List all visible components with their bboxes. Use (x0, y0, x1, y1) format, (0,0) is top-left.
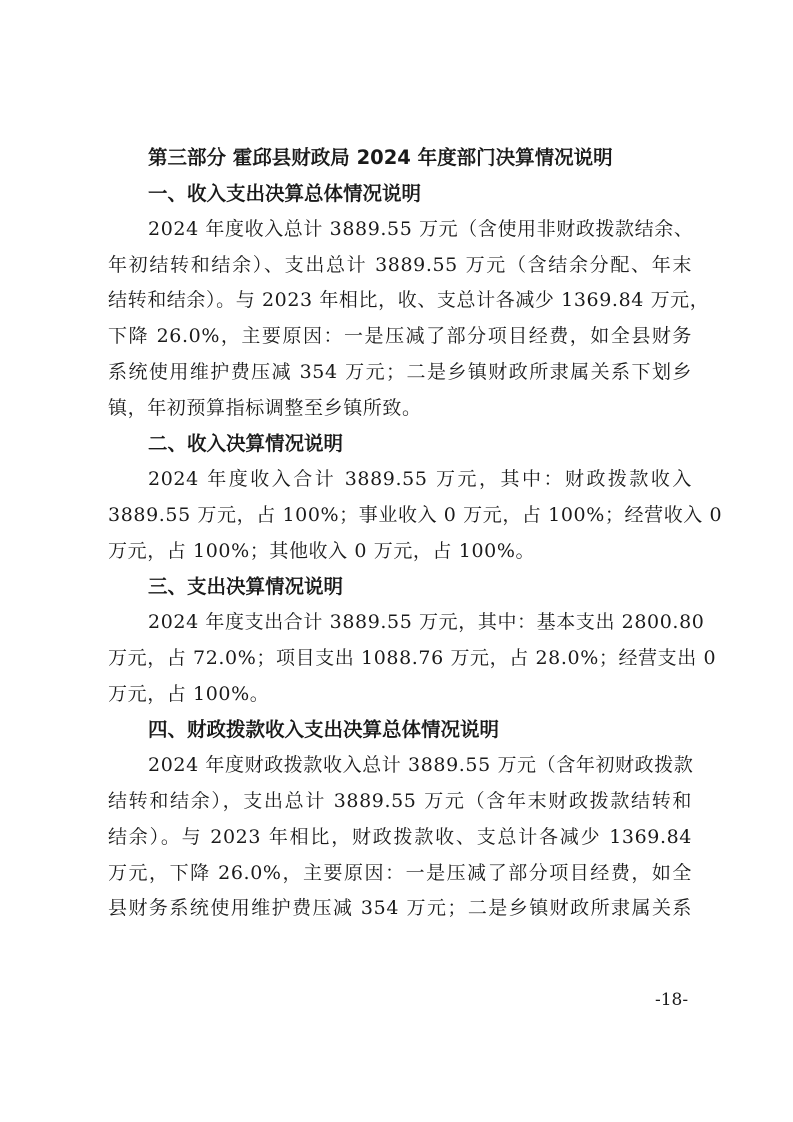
paragraph-line: 2024 年度收入合计 3889.55 万元，其中：财政拨款收入 (108, 462, 692, 498)
section-expenditure: 三、支出决算情况说明 2024 年度支出合计 3889.55 万元，其中：基本支… (108, 569, 692, 712)
paragraph-line: 镇，年初预算指标调整至乡镇所致。 (108, 391, 692, 427)
paragraph-line: 结余）。与 2023 年相比，财政拨款收、支总计各减少 1369.84 (108, 820, 692, 856)
page-number: -18- (655, 990, 688, 1010)
section-paragraph: 2024 年度收入合计 3889.55 万元，其中：财政拨款收入 3889.55… (108, 462, 692, 569)
paragraph-line: 系统使用维护费压减 354 万元；二是乡镇财政所隶属关系下划乡 (108, 355, 692, 391)
section-income: 二、收入决算情况说明 2024 年度收入合计 3889.55 万元，其中：财政拨… (108, 426, 692, 569)
document-page: 第三部分 霍邱县财政局 2024 年度部门决算情况说明 一、收入支出决算总体情况… (108, 140, 692, 927)
paragraph-line: 万元，占 100%。 (108, 677, 692, 713)
section-heading: 二、收入决算情况说明 (108, 426, 692, 462)
section-overall: 一、收入支出决算总体情况说明 2024 年度收入总计 3889.55 万元（含使… (108, 176, 692, 426)
section-heading: 四、财政拨款收入支出决算总体情况说明 (108, 712, 692, 748)
paragraph-line: 2024 年度财政拨款收入总计 3889.55 万元（含年初财政拨款 (108, 748, 692, 784)
section-paragraph: 2024 年度支出合计 3889.55 万元，其中：基本支出 2800.80 万… (108, 605, 692, 712)
section-fiscal-appropriation: 四、财政拨款收入支出决算总体情况说明 2024 年度财政拨款收入总计 3889.… (108, 712, 692, 927)
paragraph-line: 下降 26.0%，主要原因：一是压减了部分项目经费，如全县财务 (108, 319, 692, 355)
paragraph-line: 2024 年度收入总计 3889.55 万元（含使用非财政拨款结余、 (108, 212, 692, 248)
paragraph-line: 万元，占 100%；其他收入 0 万元，占 100%。 (108, 534, 692, 570)
section-paragraph: 2024 年度收入总计 3889.55 万元（含使用非财政拨款结余、 年初结转和… (108, 212, 692, 426)
paragraph-line: 2024 年度支出合计 3889.55 万元，其中：基本支出 2800.80 (108, 605, 692, 641)
paragraph-line: 3889.55 万元，占 100%；事业收入 0 万元，占 100%；经营收入 … (108, 498, 692, 534)
section-heading: 三、支出决算情况说明 (108, 569, 692, 605)
paragraph-line: 年初结转和结余）、支出总计 3889.55 万元（含结余分配、年末 (108, 248, 692, 284)
paragraph-line: 万元，占 72.0%；项目支出 1088.76 万元，占 28.0%；经营支出 … (108, 641, 692, 677)
paragraph-line: 县财务系统使用维护费压减 354 万元；二是乡镇财政所隶属关系 (108, 891, 692, 927)
paragraph-line: 结转和结余），支出总计 3889.55 万元（含年末财政拨款结转和 (108, 784, 692, 820)
section-paragraph: 2024 年度财政拨款收入总计 3889.55 万元（含年初财政拨款 结转和结余… (108, 748, 692, 927)
document-title: 第三部分 霍邱县财政局 2024 年度部门决算情况说明 (108, 140, 692, 176)
paragraph-line: 结转和结余）。与 2023 年相比，收、支总计各减少 1369.84 万元， (108, 283, 692, 319)
section-heading: 一、收入支出决算总体情况说明 (108, 176, 692, 212)
paragraph-line: 万元，下降 26.0%，主要原因：一是压减了部分项目经费，如全 (108, 856, 692, 892)
